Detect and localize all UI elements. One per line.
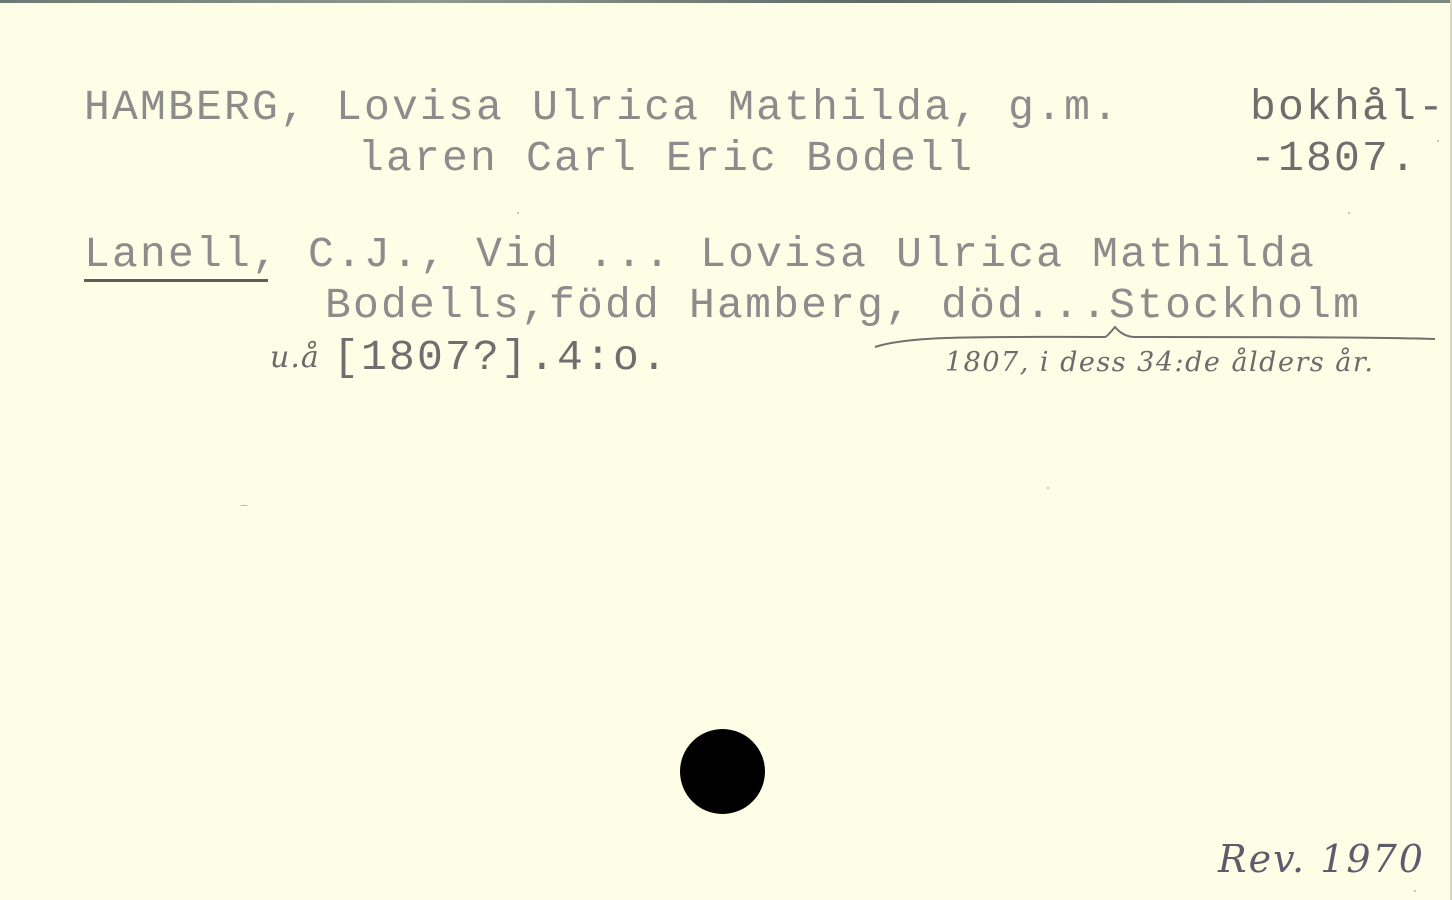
heading-line-1: HAMBERG, Lovisa Ulrica Mathilda, g.m.: [84, 86, 1120, 129]
handwritten-revision-note: Rev. 1970: [1218, 837, 1425, 881]
entry-line-3: [1807?].4:o.: [333, 336, 669, 379]
entry-line-1: Lanell, C.J., Vid ... Lovisa Ulrica Math…: [84, 233, 1316, 276]
paper-speck: [1437, 140, 1439, 142]
paper-speck: [240, 505, 248, 506]
paper-speck: [1047, 487, 1049, 489]
author-underline: [84, 279, 268, 282]
heading-line-2: laren Carl Eric Bodell: [358, 137, 974, 180]
handwritten-place-note: u.å: [270, 340, 320, 375]
card-top-edge: [0, 0, 1452, 3]
heading-line-1-right: bokhål-: [1250, 86, 1446, 129]
punch-hole: [680, 729, 765, 814]
paper-speck: [517, 212, 519, 214]
paper-speck: [1414, 890, 1416, 892]
entry-author: Lanell: [84, 230, 252, 279]
entry-title-start: , C.J., Vid ... Lovisa Ulrica Mathilda: [252, 230, 1316, 279]
paper-speck: [1348, 212, 1350, 214]
heading-line-2-right: -1807.: [1250, 137, 1418, 180]
catalog-card: HAMBERG, Lovisa Ulrica Mathilda, g.m. bo…: [0, 0, 1452, 900]
handwritten-death-note: 1807, i dess 34:de ålders år.: [945, 347, 1374, 378]
entry-line-2: Bodells,född Hamberg, död...Stockholm: [325, 284, 1361, 327]
